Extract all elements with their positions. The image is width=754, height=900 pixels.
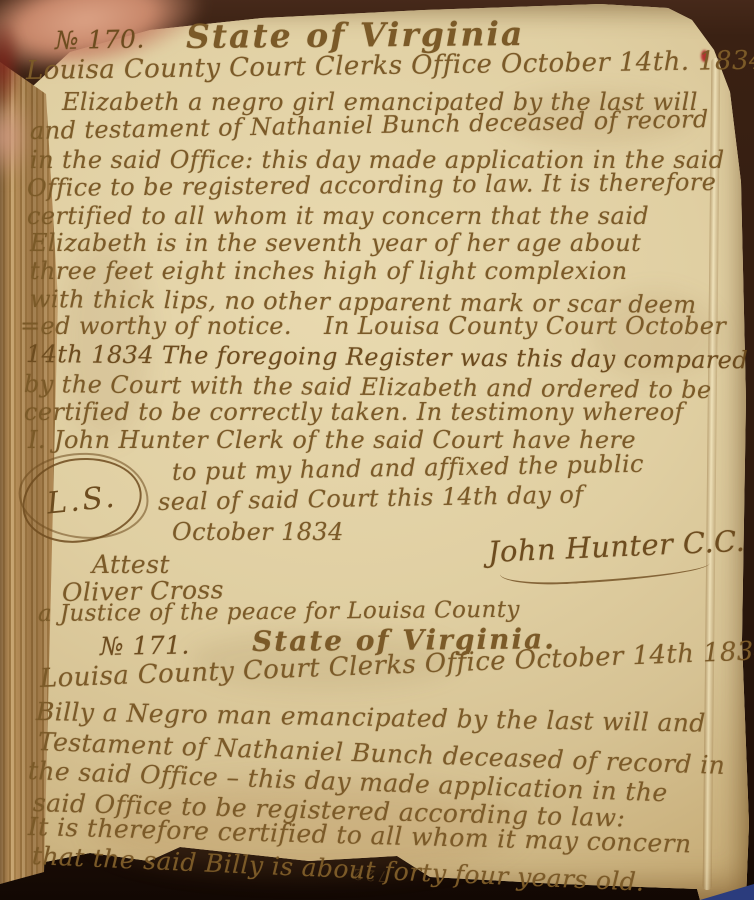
justice-of-peace-title: a Justice of the peace for Louisa County	[38, 599, 520, 626]
manuscript-line: October 1834	[172, 520, 344, 544]
attest-label: Attest	[92, 552, 170, 577]
manuscript-line: I. John Hunter Clerk of the said Court h…	[28, 428, 636, 452]
manuscript-line: certified to all whom it may concern tha…	[27, 204, 649, 228]
manuscript-line: certified to be correctly taken. In test…	[24, 400, 684, 424]
record-170-number: № 170.	[55, 26, 145, 53]
manuscript-line: Elizabeth is in the seventh year of her …	[30, 231, 641, 255]
record-170-state-heading: State of Virginia	[186, 17, 525, 53]
seal-label: L.S.	[18, 452, 146, 548]
manuscript-line: 14th 1834 The foregoing Register was thi…	[26, 342, 748, 372]
red-book-edge-smear	[0, 18, 22, 114]
manuscript-line: Office to be registered according to law…	[27, 170, 716, 200]
photo-of-manuscript: № 170. State of Virginia Louisa County C…	[0, 0, 754, 900]
faint-page-number: 722	[349, 864, 388, 885]
manuscript-line: three feet eight inches high of light co…	[30, 259, 628, 283]
manuscript-line: =ed worthy of notice. In Louisa County C…	[20, 314, 726, 338]
ls-seal-icon: L.S.	[18, 452, 146, 548]
record-171-number: № 171.	[100, 632, 190, 659]
manuscript-line: seal of said Court this 14th day of	[158, 483, 584, 514]
